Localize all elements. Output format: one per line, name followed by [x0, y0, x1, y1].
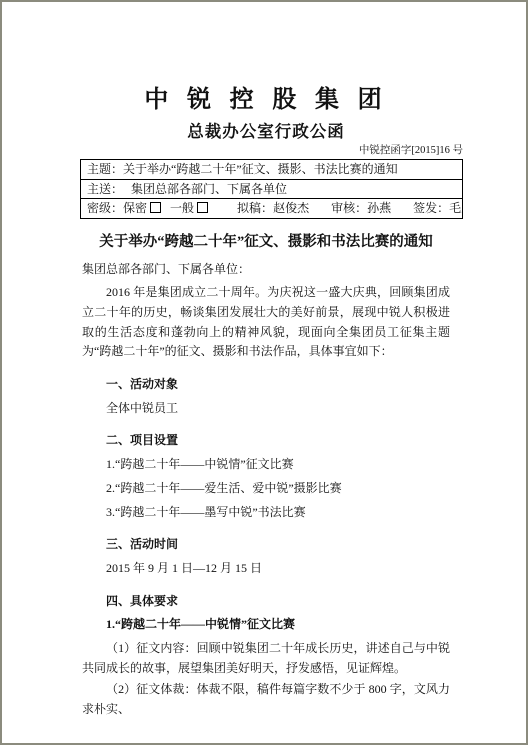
general-checkbox — [197, 202, 208, 213]
notice-title: 关于举办“跨越二十年”征文、摄影和书法比赛的通知 — [82, 233, 450, 251]
section2-item3: 3.“跨越二十年——墨写中锐”书法比赛 — [82, 503, 450, 523]
section4-heading: 四、具体要求 — [82, 592, 450, 612]
section1-body: 全体中锐员工 — [82, 399, 450, 419]
section3-heading: 三、活动时间 — [82, 535, 450, 555]
section3-body: 2015 年 9 月 1 日—12 月 15 日 — [82, 559, 450, 579]
approval-row: 密级：保密一般拟稿：赵俊杰审核：孙燕签发：毛恩 — [81, 198, 462, 218]
section2-item2: 2.“跨越二十年——爱生活、爱中锐”摄影比赛 — [82, 479, 450, 499]
subject-row: 主题：关于举办“跨越二十年”征文、摄影、书法比赛的通知 — [81, 160, 462, 179]
salutation: 集团总部各部门、下属各单位： — [82, 260, 450, 280]
secrecy-label: 密级： — [87, 201, 123, 215]
recipient-label: 主送： — [87, 182, 123, 196]
subject-label: 主题： — [87, 162, 123, 176]
reviewer-value: 孙燕 — [367, 201, 391, 215]
drafter-value: 赵俊杰 — [273, 201, 309, 215]
company-title: 中 锐 控 股 集 团 — [82, 86, 450, 114]
issuer-label: 签发： — [413, 201, 449, 215]
section2-heading: 二、项目设置 — [82, 431, 450, 451]
document-page: 中 锐 控 股 集 团 总裁办公室行政公函 中锐控函字[2015]16 号 主题… — [0, 0, 528, 745]
intro-paragraph: 2016 年是集团成立二十周年。为庆祝这一盛大庆典，回顾集团成立二十年的历史，畅… — [82, 283, 450, 362]
reference-number: 中锐控函字[2015]16 号 — [82, 144, 463, 157]
subject-value: 关于举办“跨越二十年”征文、摄影、书法比赛的通知 — [123, 162, 398, 176]
section4-item1: （1）征文内容：回顾中锐集团二十年成长历史，讲述自己与中锐共同成长的故事，展望集… — [82, 639, 450, 678]
reviewer-label: 审核： — [331, 201, 367, 215]
issuer-value: 毛恩 — [449, 201, 462, 215]
confidential-checkbox — [150, 202, 161, 213]
secrecy-option-confidential: 保密 — [123, 201, 147, 215]
document-type-subtitle: 总裁办公室行政公函 — [82, 122, 450, 142]
section2-item1: 1.“跨越二十年——中锐情”征文比赛 — [82, 455, 450, 475]
document-info-table: 主题：关于举办“跨越二十年”征文、摄影、书法比赛的通知 主送：集团总部各部门、下… — [80, 159, 463, 219]
section4-subheading: 1.“跨越二十年——中锐情”征文比赛 — [82, 615, 450, 635]
secrecy-option-general: 一般 — [170, 201, 194, 215]
section4-item2: （2）征文体裁：体裁不限，稿件每篇字数不少于 800 字，文风力求朴实、 — [82, 680, 450, 719]
drafter-label: 拟稿： — [237, 201, 273, 215]
recipient-row: 主送：集团总部各部门、下属各单位 — [81, 179, 462, 199]
document-content: 中 锐 控 股 集 团 总裁办公室行政公函 中锐控函字[2015]16 号 主题… — [82, 2, 450, 720]
section1-heading: 一、活动对象 — [82, 375, 450, 395]
recipient-value: 集团总部各部门、下属各单位 — [131, 182, 287, 196]
